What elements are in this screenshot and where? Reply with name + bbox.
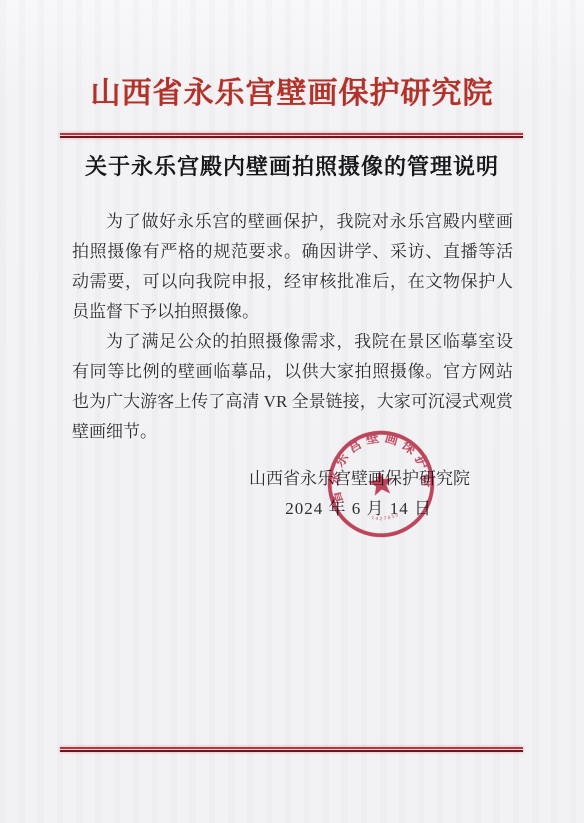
document-page: 山西省永乐宫壁画保护研究院 关于永乐宫殿内壁画拍照摄像的管理说明 为了做好永乐宫… xyxy=(0,0,584,823)
official-seal-stamp: 山西省永乐宫壁画保护研究院 1427850 xyxy=(317,420,446,549)
seal-code-container: 1427850 xyxy=(370,511,401,524)
seal-code: 1427850 xyxy=(370,511,401,524)
document-body: 为了做好永乐宫的壁画保护，我院对永乐宫殿内壁画拍照摄像有严格的规范要求。确因讲学… xyxy=(72,207,513,447)
seal-star-icon xyxy=(367,469,395,496)
document-title: 关于永乐宫殿内壁画拍照摄像的管理说明 xyxy=(0,150,584,181)
letterhead-title: 山西省永乐宫壁画保护研究院 xyxy=(0,68,584,112)
body-paragraph-2: 为了满足公众的拍照摄像需求，我院在景区临摹室设有同等比例的壁画临摹品，以供大家拍… xyxy=(72,327,513,447)
header-divider-line xyxy=(60,133,523,138)
footer-divider-line xyxy=(60,747,523,752)
body-paragraph-1: 为了做好永乐宫的壁画保护，我院对永乐宫殿内壁画拍照摄像有严格的规范要求。确因讲学… xyxy=(72,207,513,327)
